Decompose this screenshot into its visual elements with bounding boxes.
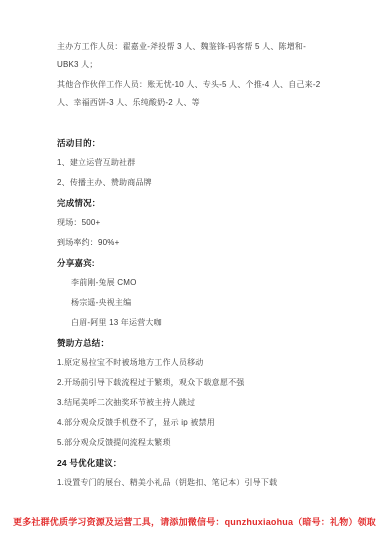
section-heading-completion-status: 完成情况： xyxy=(57,194,327,212)
list-item: 1.原定易拉宝不时被场地方工作人员移动 xyxy=(57,354,327,372)
section-heading-sponsor-summary: 赞助方总结： xyxy=(57,334,327,352)
section-heading-guest-speakers: 分享嘉宾: xyxy=(57,254,327,272)
list-item: 现场：500+ xyxy=(57,214,327,232)
section-heading-optimization-suggestions: 24 号优化建议： xyxy=(57,454,327,472)
list-item: 杨宗遥-央视主编 xyxy=(57,294,327,312)
section-sponsor-summary: 赞助方总结： 1.原定易拉宝不时被场地方工作人员移动 2.开场前引导下载流程过于… xyxy=(57,334,327,452)
list-item: 到场率约：90%+ xyxy=(57,234,327,252)
section-completion-status: 完成情况： 现场：500+ 到场率约：90%+ xyxy=(57,194,327,252)
list-item: 2.开场前引导下载流程过于繁琐，观众下载意愿不强 xyxy=(57,374,327,392)
footer-promo-notice: 更多社群优质学习资源及运营工具，请添加微信号：qunzhuxiaohua（暗号：… xyxy=(13,515,379,529)
list-item: 白眉-阿里 13 年运营大咖 xyxy=(57,314,327,332)
paragraph-partner-staff: 其他合作伙伴工作人员：账无忧-10 人、专头-5 人、个推-4 人、自己来-2 … xyxy=(57,76,327,112)
section-heading-activity-goals: 活动目的： xyxy=(57,134,327,152)
document-page: 主办方工作人员：翟嘉业-斧投帮 3 人、魏鉴锋-码客帮 5 人、陈增和-UBK3… xyxy=(57,38,327,494)
section-optimization-suggestions: 24 号优化建议： 1.设置专门的展台、精美小礼品（钥匙扣、笔记本）引导下载 xyxy=(57,454,327,492)
list-item: 1.设置专门的展台、精美小礼品（钥匙扣、笔记本）引导下载 xyxy=(57,474,327,492)
list-item: 5.部分观众反馈提问流程太繁琐 xyxy=(57,434,327,452)
list-item: 2、传播主办、赞助商品牌 xyxy=(57,174,327,192)
section-guest-speakers: 分享嘉宾: 李前刚-兔展 CMO 杨宗遥-央视主编 白眉-阿里 13 年运营大咖 xyxy=(57,254,327,332)
list-item: 1、建立运营互助社群 xyxy=(57,154,327,172)
section-activity-goals: 活动目的： 1、建立运营互助社群 2、传播主办、赞助商品牌 xyxy=(57,134,327,192)
list-item: 4.部分观众反馈手机登不了，显示 ip 被禁用 xyxy=(57,414,327,432)
list-item: 3.结尾美呼二次抽奖环节被主持人跳过 xyxy=(57,394,327,412)
paragraph-host-staff: 主办方工作人员：翟嘉业-斧投帮 3 人、魏鉴锋-码客帮 5 人、陈增和-UBK3… xyxy=(57,38,327,74)
list-item: 李前刚-兔展 CMO xyxy=(57,274,327,292)
